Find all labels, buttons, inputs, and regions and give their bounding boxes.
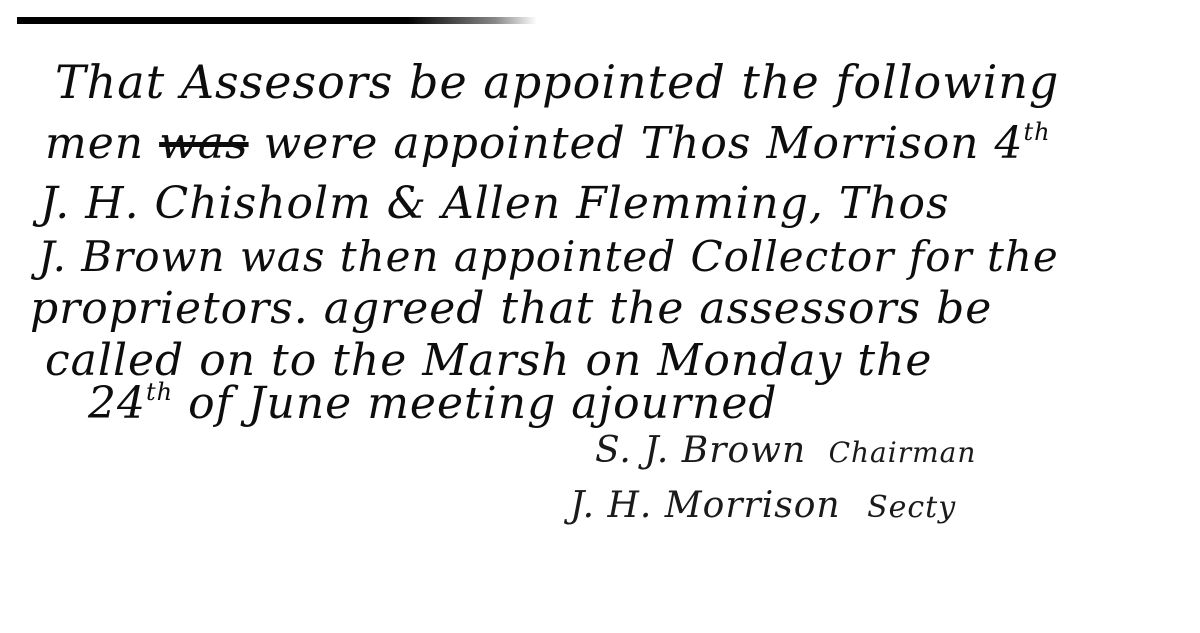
signature-title: Chairman bbox=[829, 436, 977, 469]
line-2-rest: were appointed Thos Morrison 4 bbox=[264, 118, 1024, 169]
top-rule-divider bbox=[17, 17, 537, 24]
minutes-line-5: proprietors. agreed that the assessors b… bbox=[30, 283, 992, 334]
date-day: 24 bbox=[88, 378, 146, 429]
scanned-page: That Assesors be appointed the following… bbox=[0, 0, 1200, 633]
struck-word: was bbox=[159, 118, 248, 169]
minutes-line-2: men was were appointed Thos Morrison 4th bbox=[45, 118, 1051, 169]
signature-name: J. H. Morrison bbox=[570, 485, 841, 526]
signature-chairman: S. J. Brown Chairman bbox=[595, 430, 976, 471]
minutes-line-3: J. H. Chisholm & Allen Flemming, Thos bbox=[40, 178, 950, 229]
signature-name: S. J. Brown bbox=[595, 430, 806, 471]
ordinal-suffix: th bbox=[1024, 118, 1051, 146]
word-men: men bbox=[45, 118, 144, 169]
date-ordinal: th bbox=[146, 378, 173, 406]
signature-secretary: J. H. Morrison Secty bbox=[570, 485, 956, 526]
minutes-line-1: That Assesors be appointed the following bbox=[55, 55, 1059, 109]
minutes-line-4: J. Brown was then appointed Collector fo… bbox=[38, 232, 1059, 281]
minutes-line-7: 24th of June meeting ajourned bbox=[88, 378, 778, 429]
line-7-rest: of June meeting ajourned bbox=[173, 378, 777, 429]
signature-title: Secty bbox=[867, 490, 956, 525]
